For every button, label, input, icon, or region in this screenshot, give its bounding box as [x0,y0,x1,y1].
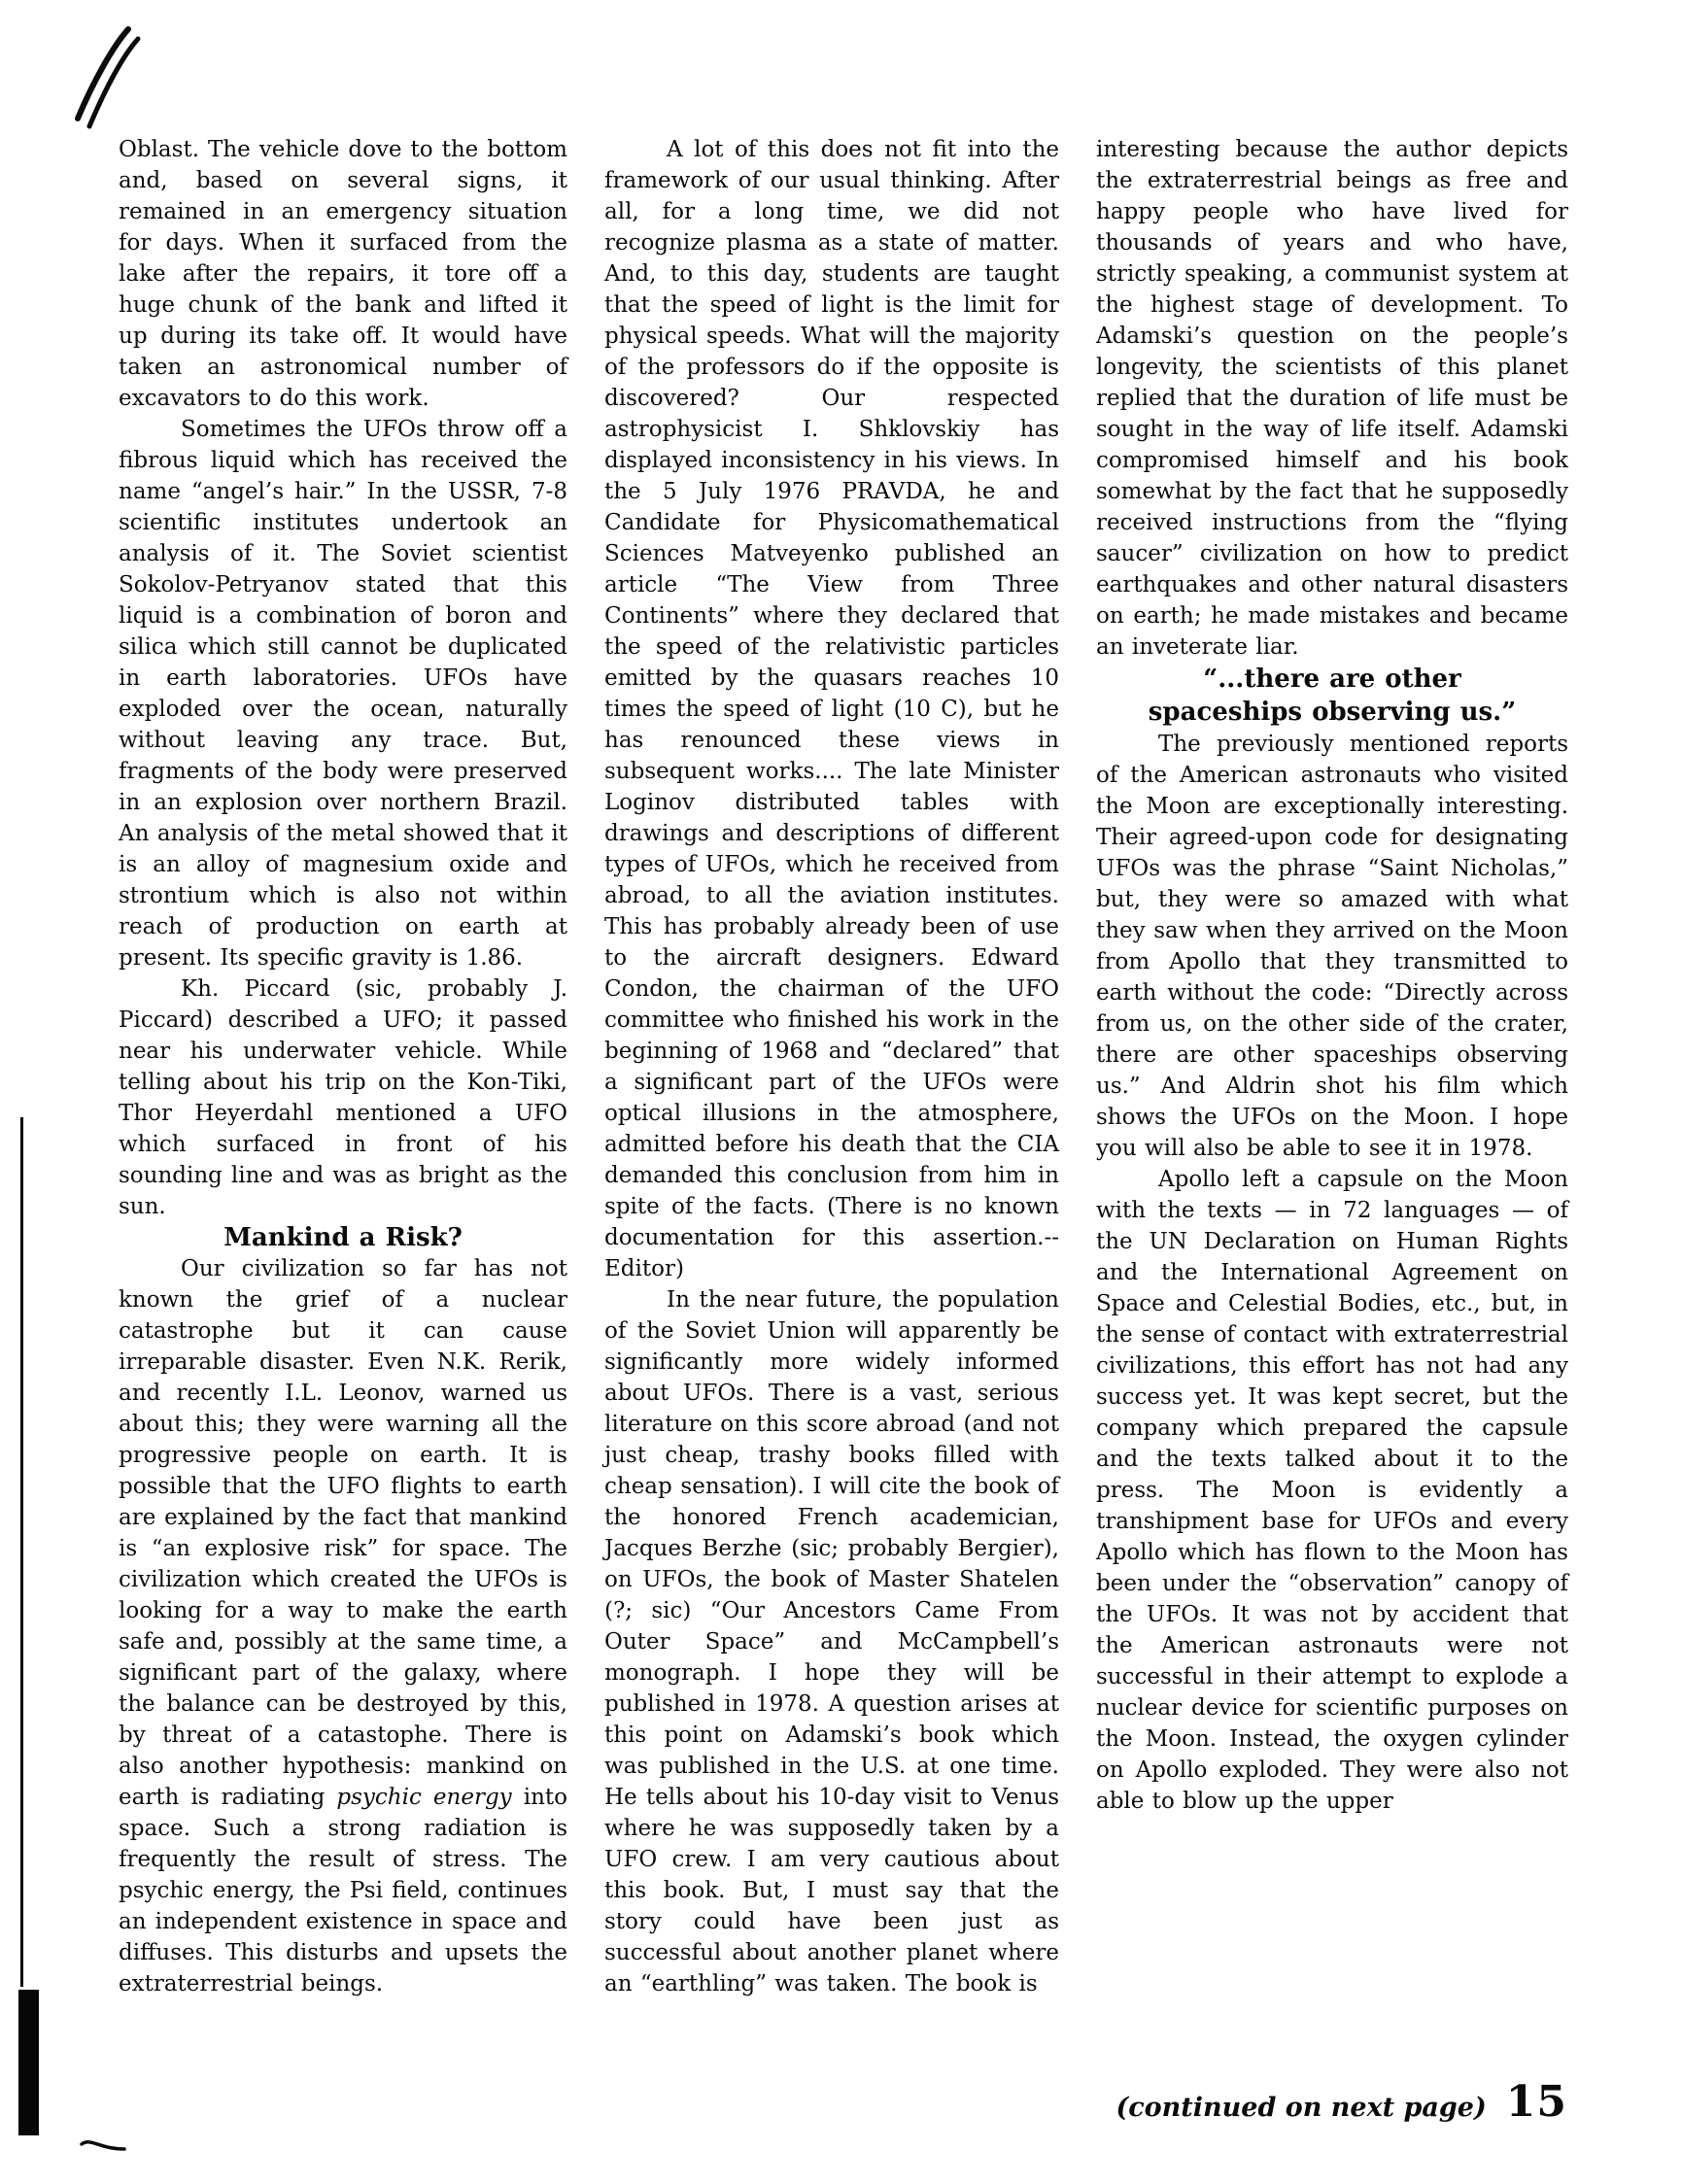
handwritten-slash-mark [66,21,149,133]
paragraph-apollo-capsule: Apollo left a capsule on the Moon with t… [1096,1164,1568,1817]
paragraph-framework-thinking: A lot of this does not fit into the fram… [604,134,1059,1284]
scan-edge-line [20,1117,23,1987]
paragraph-civilization-risk: Our civilization so far has not known th… [119,1253,567,1999]
paragraph-piccard: Kh. Piccard (sic, probably J. Piccard) d… [119,973,567,1222]
heading-other-spaceships-line2: spaceships observing us.” [1149,698,1516,727]
paragraph-angels-hair: Sometimes the UFOs throw off a fibrous l… [119,414,567,973]
paragraph-civilization-risk-start: Our civilization so far has not known th… [119,1256,567,1810]
paragraph-oblast-vehicle: Oblast. The vehicle dove to the bottom a… [119,134,567,414]
heading-other-spaceships: “...there are otherspaceships observing … [1096,663,1568,729]
squiggle-mark [80,2135,128,2155]
scanned-document-page: Oblast. The vehicle dove to the bottom a… [0,0,1682,2184]
column-left: Oblast. The vehicle dove to the bottom a… [119,134,567,1999]
heading-mankind-a-risk: Mankind a Risk? [119,1222,567,1253]
page-footer: (continued on next page) 15 [1116,2077,1567,2127]
psychic-energy-italic: psychic energy [336,1785,511,1810]
column-right: interesting because the author depicts t… [1096,134,1568,1817]
page-number: 15 [1506,2077,1567,2127]
scan-edge-bar [18,1990,39,2135]
continued-note: (continued on next page) [1116,2093,1486,2123]
paragraph-author-depicts: interesting because the author depicts t… [1096,134,1568,663]
column-middle: A lot of this does not fit into the fram… [604,134,1059,1999]
paragraph-civilization-risk-end: into space. Such a strong radiation is f… [119,1785,567,1996]
heading-other-spaceships-line1: “...there are other [1203,665,1461,694]
paragraph-astronaut-reports: The previously mentioned reports of the … [1096,729,1568,1164]
paragraph-near-future: In the near future, the population of th… [604,1284,1059,1999]
